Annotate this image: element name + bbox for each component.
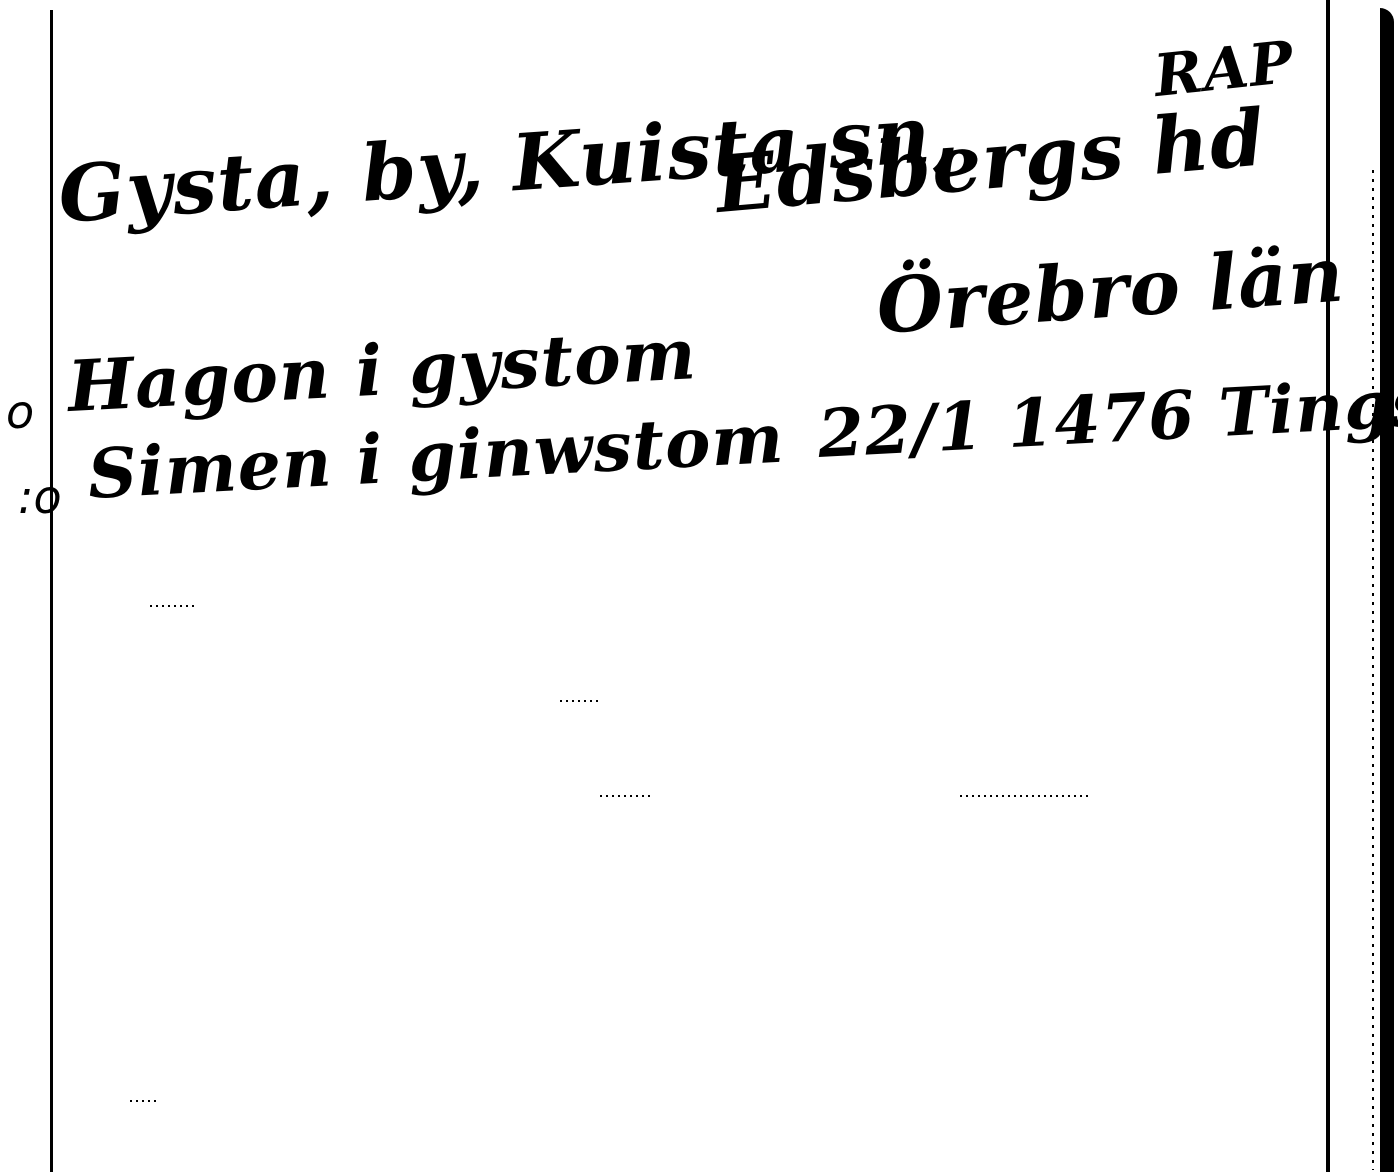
left-margin-rule (50, 10, 53, 1172)
card-right-edge (1380, 8, 1394, 1172)
scan-noise (130, 1100, 160, 1102)
scan-noise (1372, 170, 1374, 1170)
scan-noise (150, 605, 195, 607)
date-note: 22/1 1476 Tingseta (816, 357, 1398, 473)
margin-mark: :o (18, 470, 62, 524)
margin-mark: o (6, 385, 34, 439)
county-name: Örebro län (874, 230, 1347, 351)
scan-noise (960, 795, 1090, 797)
scan-noise (560, 700, 600, 702)
right-margin-rule (1326, 0, 1330, 1172)
scan-noise (600, 795, 650, 797)
archive-card: RAP Gysta, by, Kuista sn, Edsbergs hd Ör… (0, 0, 1398, 1172)
